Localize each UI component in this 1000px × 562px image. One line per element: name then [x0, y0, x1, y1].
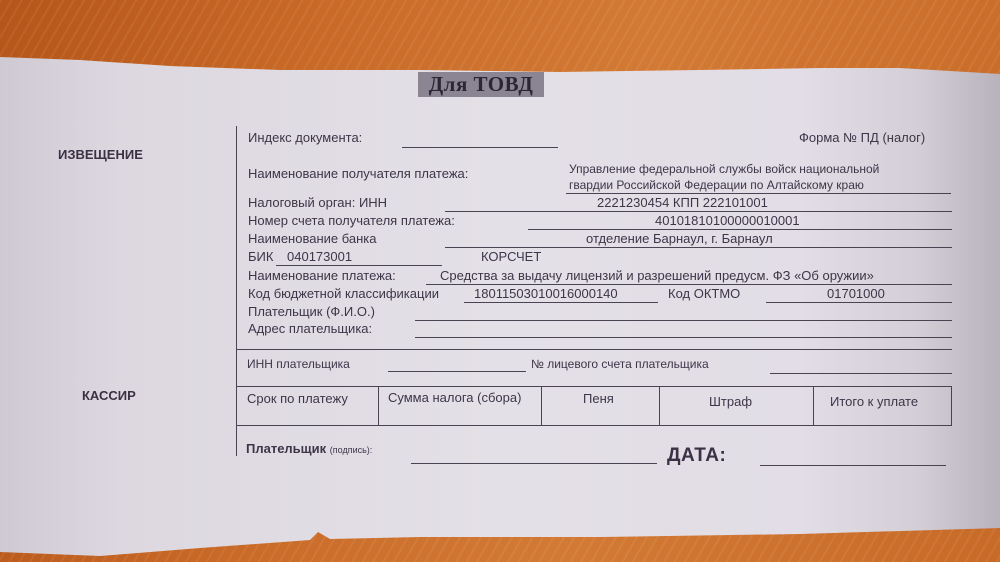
col-header-due-date: Срок по платежу [247, 391, 348, 406]
korschet-label: КОРСЧЕТ [481, 249, 541, 264]
account-value: 40101810100000010001 [655, 213, 800, 228]
payment-receipt-paper: Для ТОВД ИЗВЕЩЕНИЕ КАССИР Индекс докумен… [0, 0, 1000, 562]
recipient-value-line2: гвардии Российской Федерации по Алтайско… [569, 178, 864, 192]
col-header-total: Итого к уплате [830, 394, 918, 409]
bik-label: БИК [248, 249, 273, 264]
bik-value: 040173001 [287, 249, 352, 264]
bank-underline [445, 247, 952, 248]
total-cell[interactable] [814, 410, 950, 424]
oktmo-value: 01701000 [827, 286, 885, 301]
doc-index-label: Индекс документа: [248, 130, 362, 145]
date-field[interactable] [760, 465, 946, 466]
recipient-value-line1: Управление федеральной службы войск наци… [569, 162, 879, 176]
table-bottom-border [236, 425, 952, 426]
kbk-value: 18011503010016000140 [474, 286, 618, 301]
payer-field[interactable] [415, 320, 952, 321]
payer-inn-field[interactable] [388, 371, 526, 372]
section-divider [236, 126, 237, 456]
inn-kpp-value: 2221230454 КПП 222101001 [597, 195, 768, 210]
doc-index-field[interactable] [402, 147, 558, 148]
account-label: Номер счета получателя платежа: [248, 213, 455, 228]
signature-field[interactable] [411, 463, 657, 464]
oktmo-label: Код ОКТМО [668, 286, 740, 301]
col-header-fine: Штраф [709, 394, 752, 409]
photo-shadow [920, 60, 1000, 540]
bank-value: отделение Барнаул, г. Барнаул [586, 231, 773, 246]
recipient-underline [566, 193, 951, 194]
header-stamp: Для ТОВД [418, 72, 544, 97]
form-name: Форма № ПД (налог) [799, 130, 925, 145]
due-date-cell[interactable] [237, 408, 377, 424]
kbk-label: Код бюджетной классификации [248, 286, 439, 301]
penalty-interest-cell[interactable] [542, 408, 658, 424]
personal-account-field[interactable] [770, 373, 952, 374]
inn-kpp-underline [445, 211, 952, 212]
bik-underline [276, 265, 442, 266]
signature-hint: (подпись): [330, 445, 373, 455]
fine-cell[interactable] [660, 410, 812, 424]
personal-account-label: № лицевого счета плательщика [531, 357, 709, 371]
section-separator [236, 349, 952, 350]
table-col-divider [951, 386, 952, 425]
date-label: ДАТА: [667, 445, 726, 467]
signature-label-group: Плательщик (подпись): [246, 441, 372, 456]
payer-label: Плательщик (Ф.И.О.) [248, 304, 375, 319]
kbk-underline [464, 302, 658, 303]
bank-label: Наименование банка [248, 231, 377, 246]
table-top-border [236, 386, 952, 387]
recipient-label: Наименование получателя платежа: [248, 166, 468, 181]
col-header-tax-amount: Сумма налога (сбора) [388, 390, 521, 405]
oktmo-underline [766, 302, 952, 303]
tax-authority-label: Налоговый орган: ИНН [248, 195, 387, 210]
notice-label: ИЗВЕЩЕНИЕ [58, 147, 143, 162]
cashier-label: КАССИР [82, 388, 136, 403]
account-underline [528, 229, 952, 230]
tax-amount-cell[interactable] [379, 408, 540, 424]
col-header-penalty-interest: Пеня [583, 391, 614, 406]
payment-name-label: Наименование платежа: [248, 268, 396, 283]
signature-label: Плательщик [246, 441, 326, 456]
payer-address-field[interactable] [415, 337, 952, 338]
payer-inn-label: ИНН плательщика [247, 357, 350, 371]
payment-name-value: Средства за выдачу лицензий и разрешений… [440, 268, 874, 283]
payment-name-underline [426, 284, 952, 285]
payer-address-label: Адрес плательщика: [248, 321, 372, 336]
